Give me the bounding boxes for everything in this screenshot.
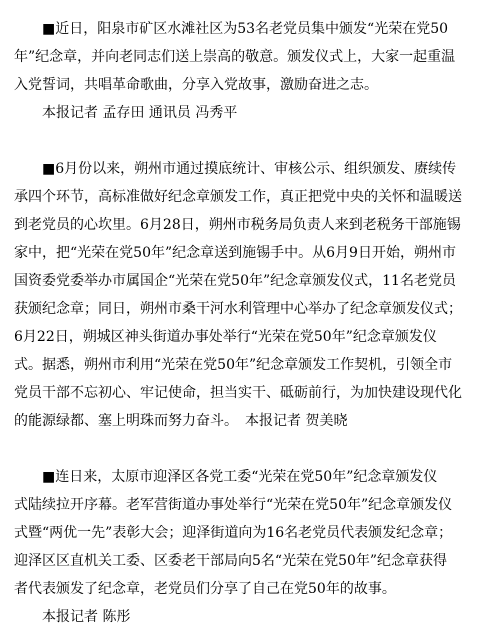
byline: 本报记者 孟存田 通讯员 冯秀平	[14, 99, 463, 127]
text-line: 6月22日，朔城区神头街道办事处举行“光荣在党50年”纪念章颁发仪	[14, 323, 463, 351]
text-line: 者代表颁发了纪念章，老党员们分享了自己在党50年的故事。	[14, 575, 463, 603]
article-page: ■近日，阳泉市矿区水滩社区为53名老党员集中颁发“光荣在党50 年”纪念章，并向…	[0, 0, 477, 641]
text-line: 党员干部不忘初心、牢记使命，担当实干、砥砺前行，为加快建设现代化	[14, 379, 463, 407]
text-line: 式陆续拉开序幕。老军营街道办事处举行“光荣在党50年”纪念章颁发仪	[14, 491, 463, 519]
text-line: ■6月份以来，朔州市通过摸底统计、审核公示、组织颁发、赓续传	[14, 155, 463, 183]
news-item-yangquan: ■近日，阳泉市矿区水滩社区为53名老党员集中颁发“光荣在党50 年”纪念章，并向…	[14, 15, 463, 127]
text-line: 家中，把“光荣在党50年”纪念章送到施锡手中。从6月9日开始，朔州市	[14, 239, 463, 267]
text-line: 国资委党委举办市属国企“光荣在党50年”纪念章颁发仪式，11名老党员	[14, 267, 463, 295]
text-line: 迎泽区区直机关工委、区委老干部局向5名“光荣在党50年”纪念章获得	[14, 547, 463, 575]
text-line: ■连日来，太原市迎泽区各党工委“光荣在党50年”纪念章颁发仪	[14, 463, 463, 491]
text-line: ■近日，阳泉市矿区水滩社区为53名老党员集中颁发“光荣在党50	[14, 15, 463, 43]
news-item-shuozhou: ■6月份以来，朔州市通过摸底统计、审核公示、组织颁发、赓续传 承四个环节，高标准…	[14, 155, 463, 435]
byline: 的能源绿都、塞上明珠而努力奋斗。 本报记者 贺美晓	[14, 407, 463, 435]
news-item-taiyuan: ■连日来，太原市迎泽区各党工委“光荣在党50年”纪念章颁发仪 式陆续拉开序幕。老…	[14, 463, 463, 631]
text-line: 到老党员的心坎里。6月28日，朔州市税务局负责人来到老税务干部施锡	[14, 211, 463, 239]
byline: 本报记者 陈彤	[14, 603, 463, 631]
text-line: 承四个环节，高标准做好纪念章颁发工作，真正把党中央的关怀和温暖送	[14, 183, 463, 211]
text-line: 获颁纪念章；同日，朔州市桑干河水利管理中心举办了纪念章颁发仪式；	[14, 295, 463, 323]
text-line: 入党誓词，共唱革命歌曲，分享入党故事，激励奋进之志。	[14, 71, 463, 99]
text-line: 式。据悉，朔州市利用“光荣在党50年”纪念章颁发工作契机，引领全市	[14, 351, 463, 379]
text-line: 式暨“两优一先”表彰大会；迎泽街道向为16名老党员代表颁发纪念章；	[14, 519, 463, 547]
text-line: 年”纪念章，并向老同志们送上崇高的敬意。颁发仪式上，大家一起重温	[14, 43, 463, 71]
